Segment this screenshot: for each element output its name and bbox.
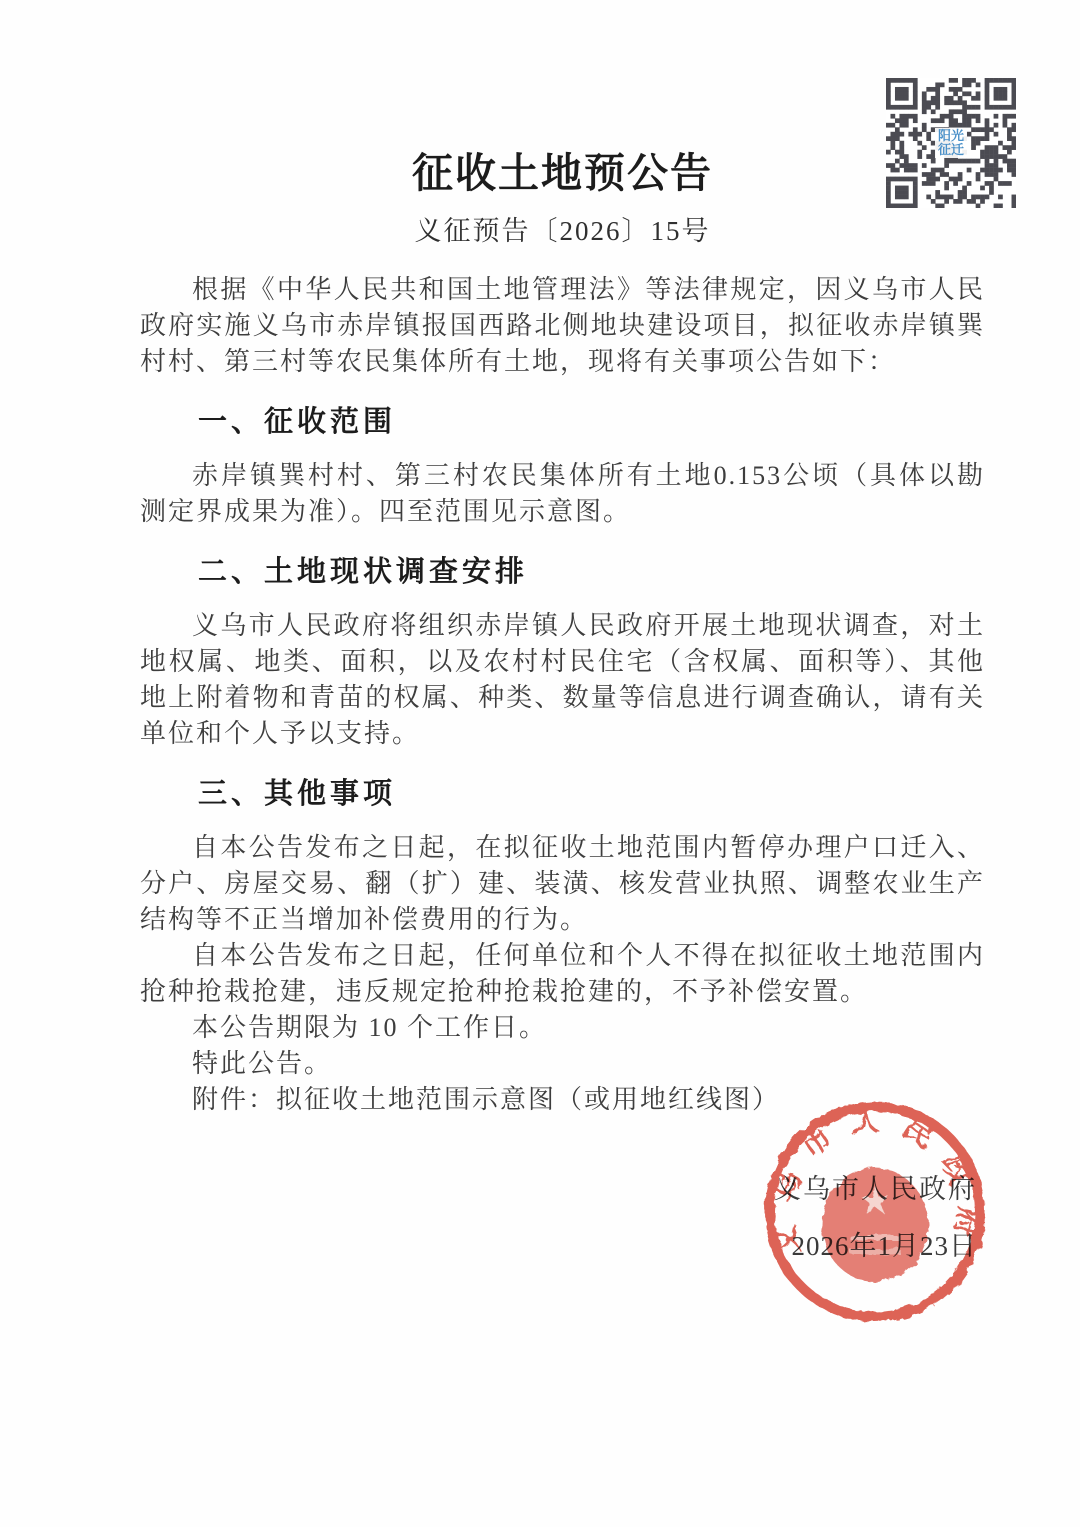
section-heading: 三、其他事项 (140, 774, 985, 814)
section-paragraph: 附件：拟征收土地范围示意图（或用地红线图） (140, 1082, 985, 1118)
signature-date: 2026年1月23日 (774, 1231, 977, 1261)
intro-paragraph: 根据《中华人民共和国土地管理法》等法律规定，因义乌市人民政府实施义乌市赤岸镇报国… (140, 272, 985, 380)
signature-block: 义乌市人民政府 2026年1月23日 (774, 1174, 977, 1261)
section-paragraph: 本公告期限为 10 个工作日。 (140, 1010, 985, 1046)
document-title: 征收土地预公告 (140, 150, 985, 197)
section-paragraph: 义乌市人民政府将组织赤岸镇人民政府开展土地现状调查，对土地权属、地类、面积，以及… (140, 608, 985, 752)
section-paragraph: 赤岸镇巽村村、第三村农民集体所有土地0.153公顷（具体以勘测定界成果为准）。四… (140, 458, 985, 530)
signature-issuer: 义乌市人民政府 (774, 1174, 977, 1204)
sections: 一、征收范围赤岸镇巽村村、第三村农民集体所有土地0.153公顷（具体以勘测定界成… (140, 402, 985, 1118)
section-paragraph: 自本公告发布之日起，在拟征收土地范围内暂停办理户口迁入、分户、房屋交易、翻（扩）… (140, 830, 985, 938)
section-heading: 二、土地现状调查安排 (140, 552, 985, 592)
section-paragraph: 特此公告。 (140, 1046, 985, 1082)
doc-number: 义征预告〔2026〕15号 (140, 214, 985, 248)
section-heading: 一、征收范围 (140, 402, 985, 442)
document-page: 阳光 征迁 征收土地预公告 义征预告〔2026〕15号 根据《中华人民共和国土地… (0, 0, 1080, 1527)
section-paragraph: 自本公告发布之日起，任何单位和个人不得在拟征收土地范围内抢种抢栽抢建，违反规定抢… (140, 938, 985, 1010)
document-body: 征收土地预公告 义征预告〔2026〕15号 根据《中华人民共和国土地管理法》等法… (140, 0, 985, 1118)
